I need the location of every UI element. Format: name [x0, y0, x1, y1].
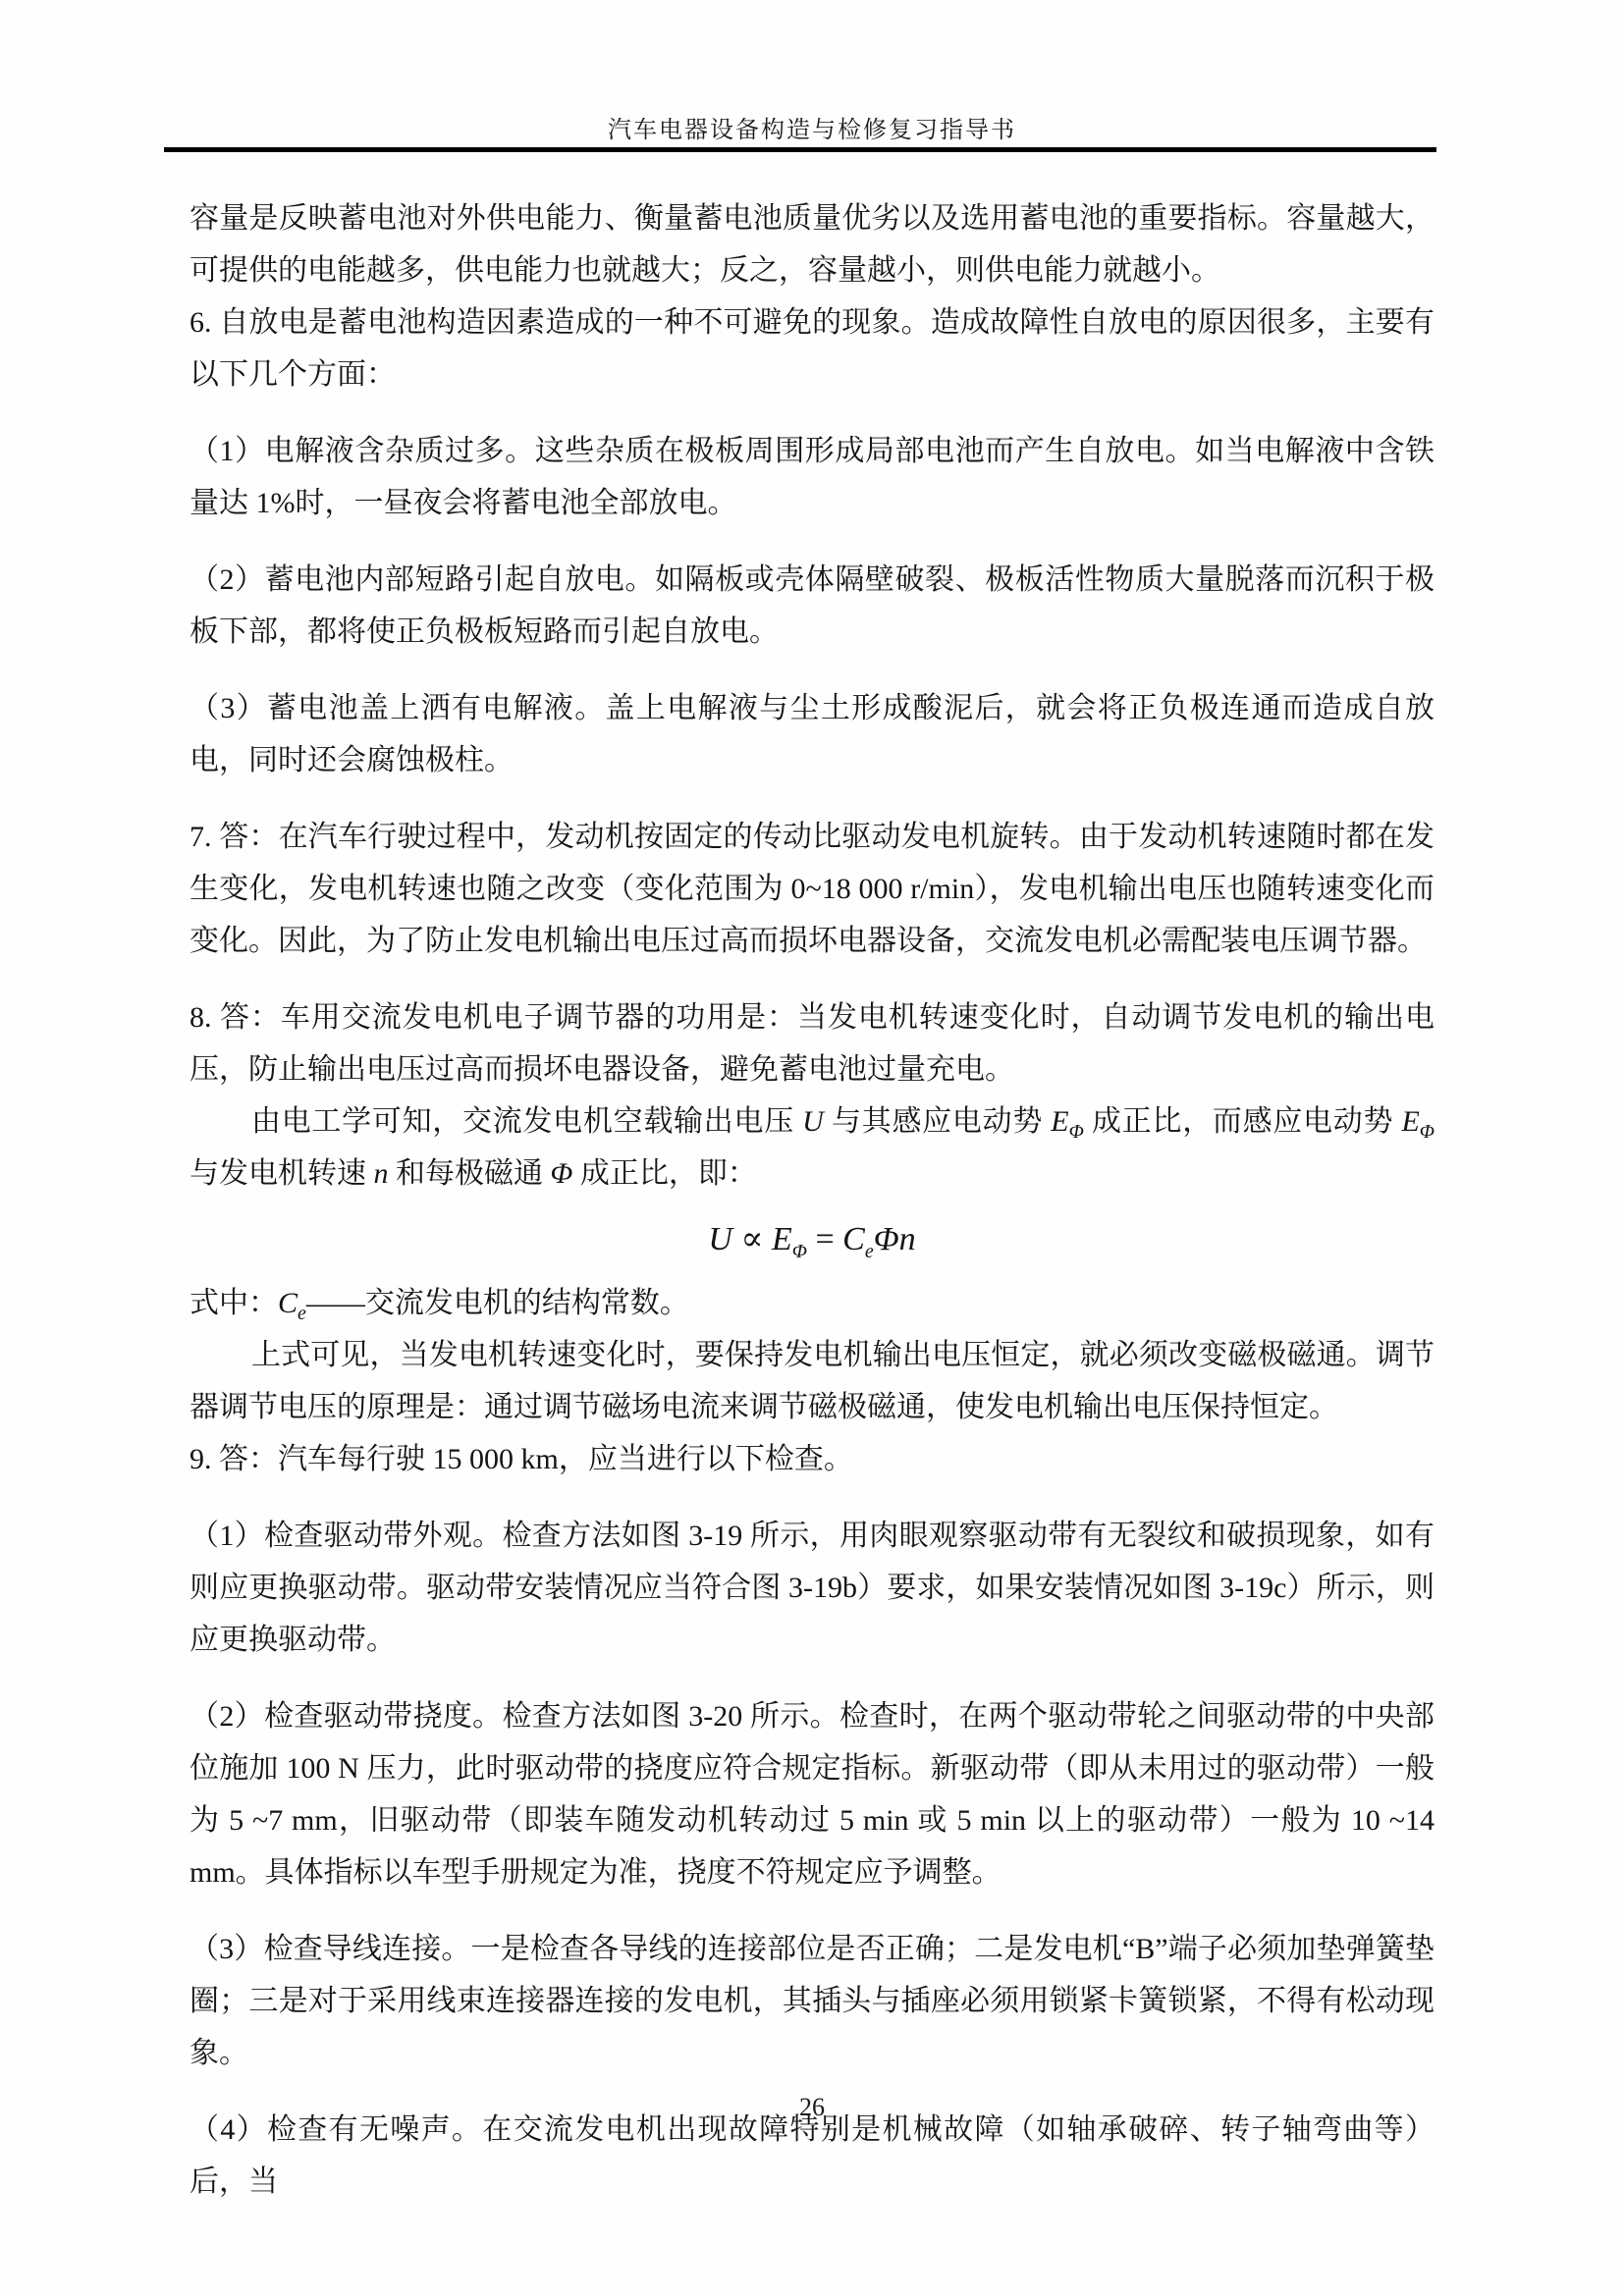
math-subscript: Φ	[1420, 1121, 1435, 1143]
text-run: （3）蓄电池盖上洒有电解液。盖上电解液与尘土形成酸泥后，就会将正负极连通而造成自…	[189, 692, 1435, 776]
text-run: 8. 答：车用交流发电机电子调节器的功用是：当发电机转速变化时，自动调节发电机的…	[189, 1001, 1435, 1086]
text-run: 成正比，即：	[572, 1157, 757, 1190]
text-run: （3）检查导线连接。一是检查各导线的连接部位是否正确；二是发电机“B”端子必须加…	[189, 1933, 1435, 2069]
paragraph-9-sub-3: （3）检查导线连接。一是检查各导线的连接部位是否正确；二是发电机“B”端子必须加…	[189, 1923, 1435, 2079]
paragraph-formula-note: 式中：Ce——交流发电机的结构常数。	[189, 1277, 1435, 1329]
paragraph-9-sub-2: （2）检查驱动带挠度。检查方法如图 3-20 所示。检查时，在两个驱动带轮之间驱…	[189, 1690, 1435, 1898]
text-run: 容量是反映蓄电池对外供电能力、衡量蓄电池质量优劣以及选用蓄电池的重要指标。容量越…	[189, 202, 1435, 287]
paragraph-8-conclusion: 上式可见，当发电机转速变化时，要保持发电机输出电压恒定，就必须改变磁极磁通。调节…	[189, 1329, 1435, 1433]
math-symbol: EΦ	[772, 1221, 807, 1257]
math-symbol: Φn	[874, 1221, 916, 1257]
math-symbol: EΦ	[1051, 1105, 1084, 1138]
text-run: （2）蓄电池内部短路引起自放电。如隔板或壳体隔壁破裂、极板活性物质大量脱落而沉积…	[189, 563, 1435, 648]
document-body: 容量是反映蓄电池对外供电能力、衡量蓄电池质量优劣以及选用蓄电池的重要指标。容量越…	[189, 192, 1435, 2208]
formula: U ∝ EΦ = CeΦn	[189, 1213, 1435, 1265]
text-run: ∝	[732, 1221, 772, 1257]
text-run: 7. 答：在汽车行驶过程中，发动机按固定的传动比驱动发电机旋转。由于发动机转速随…	[189, 821, 1435, 957]
text-run: 成正比，而感应电动势	[1084, 1105, 1402, 1138]
math-symbol: Φ	[551, 1157, 573, 1190]
text-run: 与发电机转速	[189, 1157, 374, 1190]
page-number: 26	[799, 2093, 825, 2121]
paragraph-capacity: 容量是反映蓄电池对外供电能力、衡量蓄电池质量优劣以及选用蓄电池的重要指标。容量越…	[189, 192, 1435, 296]
text-run: 式中：	[189, 1287, 278, 1319]
math-subscript: e	[298, 1303, 306, 1324]
math-symbol: U	[802, 1105, 824, 1138]
paragraph-item-9: 9. 答：汽车每行驶 15 000 km，应当进行以下检查。	[189, 1433, 1435, 1485]
math-symbol: U	[708, 1221, 732, 1257]
math-subscript: Φ	[792, 1241, 807, 1262]
paragraph-6-sub-3: （3）蓄电池盖上洒有电解液。盖上电解液与尘土形成酸泥后，就会将正负极连通而造成自…	[189, 682, 1435, 786]
paragraph-item-6: 6. 自放电是蓄电池构造因素造成的一种不可避免的现象。造成故障性自放电的原因很多…	[189, 296, 1435, 400]
document-page: 汽车电器设备构造与检修复习指导书 容量是反映蓄电池对外供电能力、衡量蓄电池质量优…	[0, 0, 1624, 2296]
paragraph-6-sub-1: （1）电解液含杂质过多。这些杂质在极板周围形成局部电池而产生自放电。如当电解液中…	[189, 425, 1435, 529]
paragraph-item-7: 7. 答：在汽车行驶过程中，发动机按固定的传动比驱动发电机旋转。由于发动机转速随…	[189, 811, 1435, 967]
text-run: （1）电解液含杂质过多。这些杂质在极板周围形成局部电池而产生自放电。如当电解液中…	[189, 435, 1435, 519]
header-title: 汽车电器设备构造与检修复习指导书	[0, 110, 1624, 144]
text-run: （2）检查驱动带挠度。检查方法如图 3-20 所示。检查时，在两个驱动带轮之间驱…	[189, 1700, 1435, 1889]
paragraph-9-sub-1: （1）检查驱动带外观。检查方法如图 3-19 所示，用肉眼观察驱动带有无裂纹和破…	[189, 1510, 1435, 1666]
math-subscript: Φ	[1069, 1121, 1084, 1143]
text-run: ——交流发电机的结构常数。	[306, 1287, 689, 1319]
text-run: =	[807, 1221, 842, 1257]
text-run: 6. 自放电是蓄电池构造因素造成的一种不可避免的现象。造成故障性自放电的原因很多…	[189, 306, 1435, 391]
math-symbol: Ce	[842, 1221, 874, 1257]
math-subscript: e	[865, 1241, 874, 1262]
text-run: 上式可见，当发电机转速变化时，要保持发电机输出电压恒定，就必须改变磁极磁通。调节…	[189, 1339, 1435, 1423]
math-symbol: n	[374, 1157, 389, 1190]
header-rule	[164, 147, 1436, 152]
text-run: 由电工学可知，交流发电机空载输出电压	[251, 1105, 802, 1138]
text-run: 和每极磁通	[389, 1157, 551, 1190]
text-run: 9. 答：汽车每行驶 15 000 km，应当进行以下检查。	[189, 1443, 853, 1475]
math-symbol: Ce	[278, 1287, 306, 1319]
paragraph-6-sub-2: （2）蓄电池内部短路引起自放电。如隔板或壳体隔壁破裂、极板活性物质大量脱落而沉积…	[189, 554, 1435, 658]
text-run: （4）检查有无噪声。在交流发电机出现故障特别是机械故障（如轴承破碎、转子轴弯曲等…	[189, 2113, 1435, 2198]
math-symbol: EΦ	[1401, 1105, 1435, 1138]
paragraph-item-8: 8. 答：车用交流发电机电子调节器的功用是：当发电机转速变化时，自动调节发电机的…	[189, 991, 1435, 1095]
page-footer: 26	[0, 2093, 1624, 2122]
text-run: 与其感应电动势	[824, 1105, 1051, 1138]
text-run: （1）检查驱动带外观。检查方法如图 3-19 所示，用肉眼观察驱动带有无裂纹和破…	[189, 1520, 1435, 1656]
paragraph-8-derivation: 由电工学可知，交流发电机空载输出电压 U 与其感应电动势 EΦ 成正比，而感应电…	[189, 1095, 1435, 1200]
